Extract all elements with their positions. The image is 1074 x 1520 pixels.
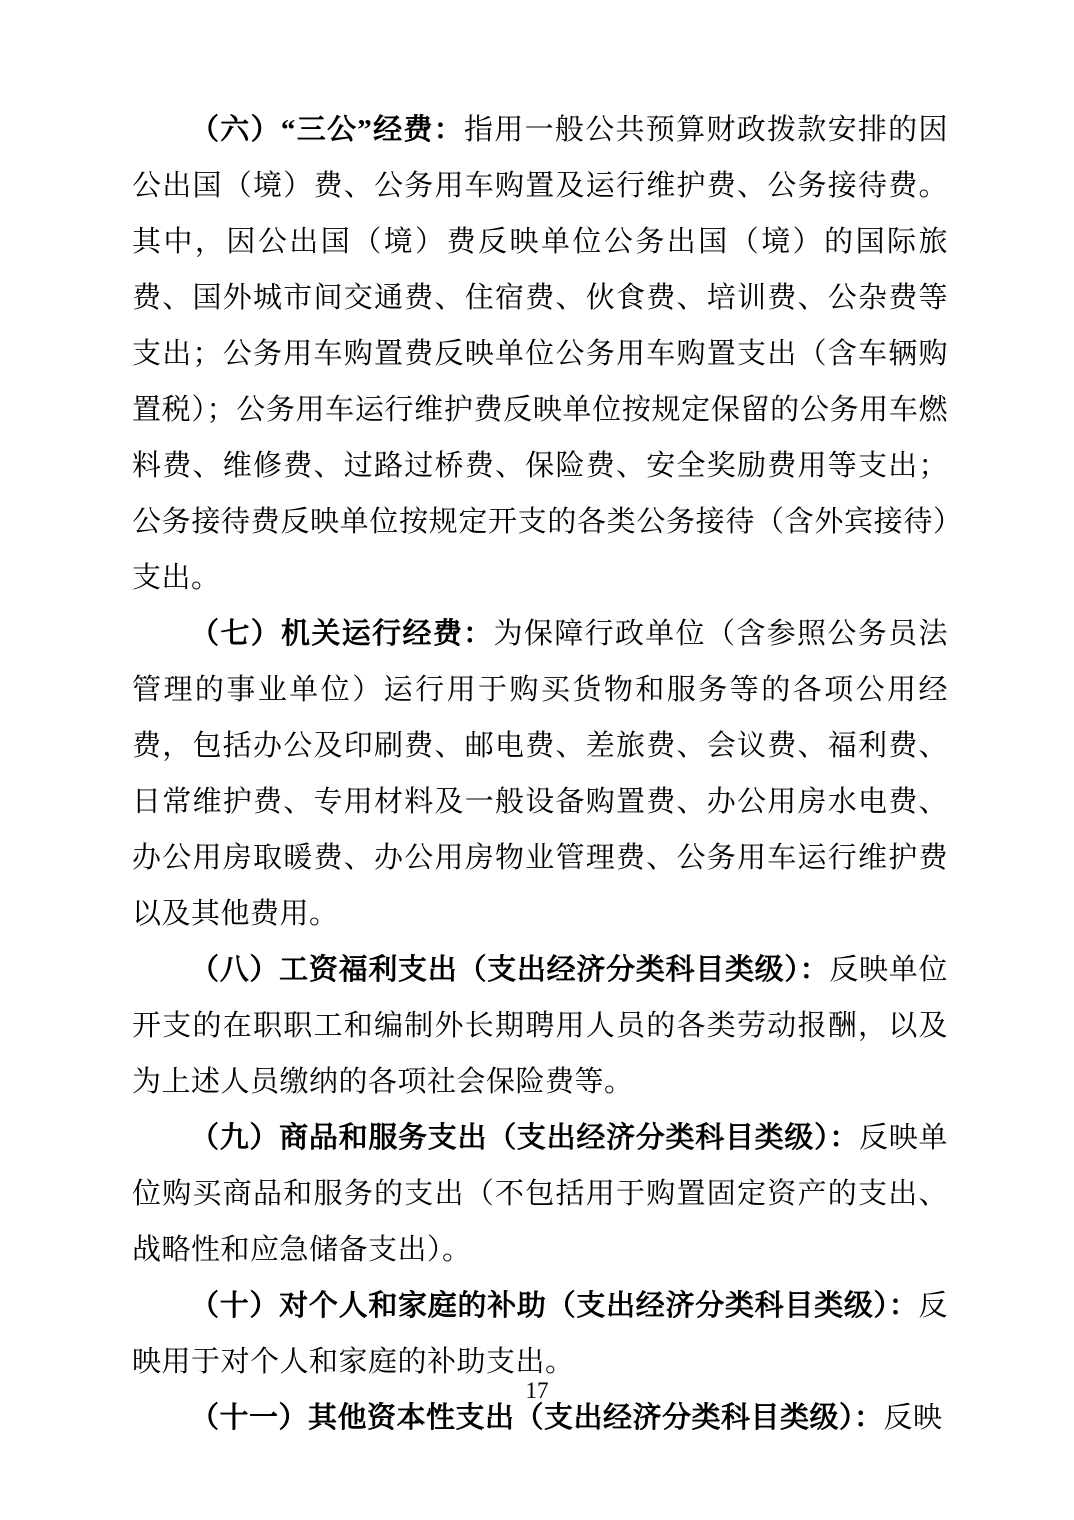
paragraph-lead: （六）“三公”经费： (190, 114, 464, 146)
paragraph-ten: （十）对个人和家庭的补助（支出经济分类科目类级）：反映用于对个人和家庭的补助支出… (132, 1278, 948, 1390)
document-text-block: （六）“三公”经费：指用一般公共预算财政拨款安排的因公出国（境）费、公务用车购置… (132, 102, 948, 1446)
paragraph-eight: （八）工资福利支出（支出经济分类科目类级）：反映单位开支的在职职工和编制外长期聘… (132, 942, 948, 1110)
document-page: （六）“三公”经费：指用一般公共预算财政拨款安排的因公出国（境）费、公务用车购置… (0, 0, 1074, 1520)
page-footer: 17 (0, 1376, 1074, 1406)
paragraph-body: 反映 (884, 1402, 943, 1434)
paragraph-lead: （九）商品和服务支出（支出经济分类科目类级）： (190, 1122, 859, 1154)
paragraph-body: 指用一般公共预算财政拨款安排的因公出国（境）费、公务用车购置及运行维护费、公务接… (132, 114, 948, 594)
paragraph-nine: （九）商品和服务支出（支出经济分类科目类级）：反映单位购买商品和服务的支出（不包… (132, 1110, 948, 1278)
paragraph-lead: （八）工资福利支出（支出经济分类科目类级）： (190, 954, 829, 986)
paragraph-lead: （十一）其他资本性支出（支出经济分类科目类级）： (190, 1402, 884, 1434)
page-number: 17 (526, 1378, 549, 1403)
paragraph-lead: （七）机关运行经费： (190, 618, 494, 650)
paragraph-lead: （十）对个人和家庭的补助（支出经济分类科目类级）： (190, 1290, 918, 1322)
paragraph-seven: （七）机关运行经费：为保障行政单位（含参照公务员法管理的事业单位）运行用于购买货… (132, 606, 948, 942)
paragraph-body: 为保障行政单位（含参照公务员法管理的事业单位）运行用于购买货物和服务等的各项公用… (132, 618, 948, 930)
paragraph-six: （六）“三公”经费：指用一般公共预算财政拨款安排的因公出国（境）费、公务用车购置… (132, 102, 948, 606)
